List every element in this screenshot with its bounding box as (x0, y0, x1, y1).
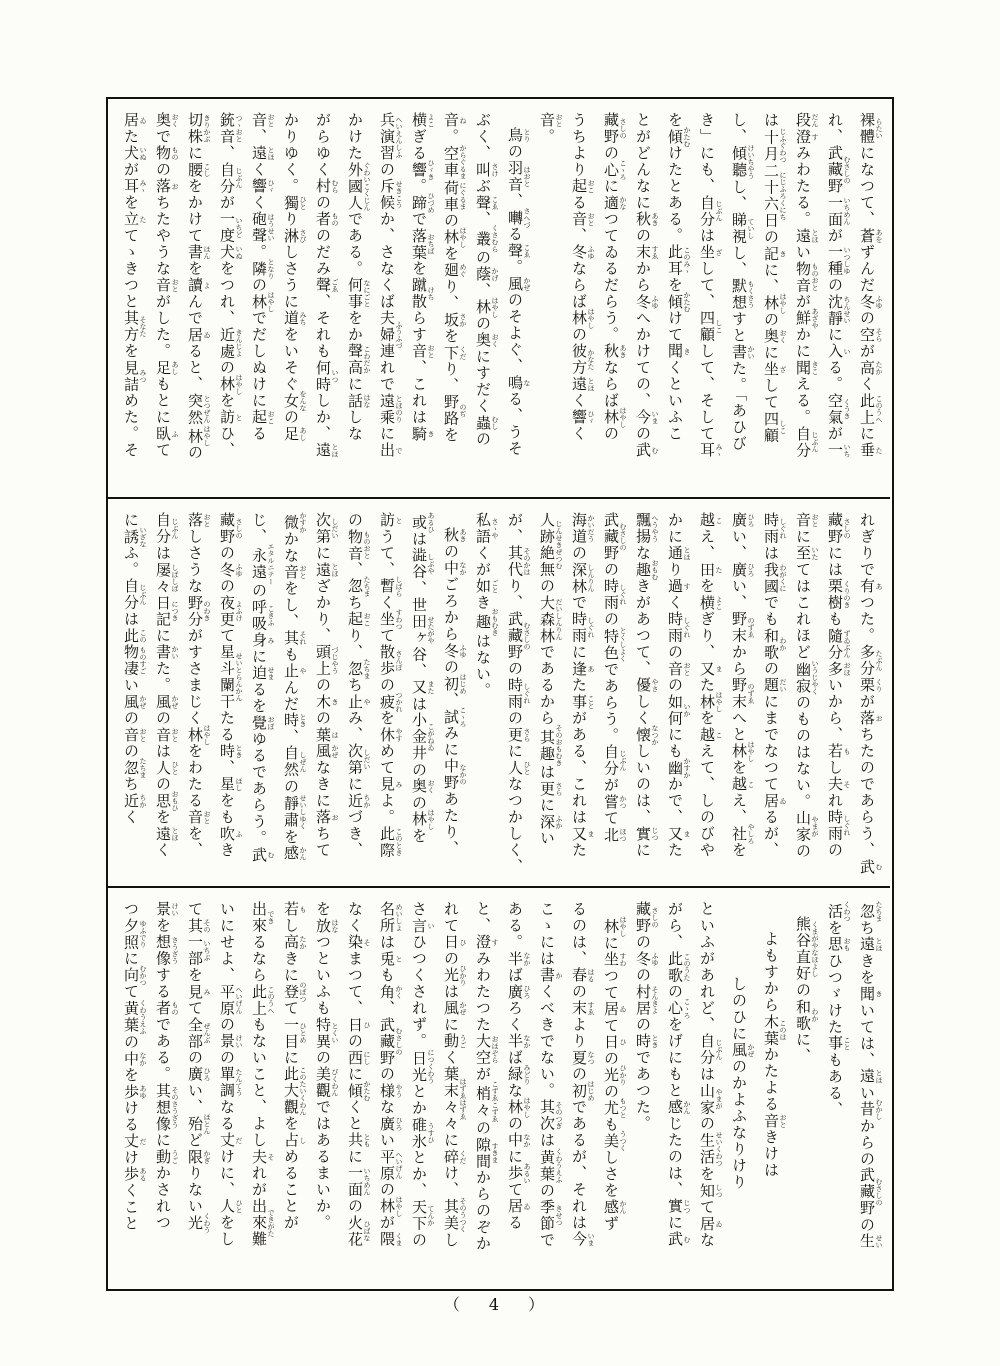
text-column: うちより起おこる音おと、冬ふゆならば林はやしの彼方かなた遠とほく響ひゞく (563, 112, 595, 487)
text-column: 名所めいしよは兎とも角かく、武藏野むさしのの様やうな廣ひろい平原へいげんの林はや… (371, 901, 403, 1276)
text-column: 忽たちまち遠とほきを聞きいては、遠とほい昔むかしからの武藏野むさしのの生せい (851, 901, 883, 1276)
text-column: を放はなつといふも特異とくいの美觀びくわんではあるまいか。 (307, 901, 339, 1276)
text-column: 微かすかかな音おとをし、其それも止やんだ時とき、自然しぜんの靜肅せいしゆくを感か… (275, 512, 307, 876)
text-column: 越こえ、田たを横よこぎり、又また林はやしを越こえて、しのびや (691, 512, 723, 876)
text-column: に誘いざなふ。自分じぶんは此この物凄ものすごい風かぜの音おとの忽たちまち近ちかく (115, 512, 147, 876)
text-column: 鳥とりの羽音はおと、囀さへづる聲こゑ。風かぜのそよぐ、鳴なる、うそ (499, 112, 531, 487)
text-column: 落おとしさうな野分のわきがすさまじく林はやしをわたる音おとを、 (179, 512, 211, 876)
text-column: 奥おくで物ものの落おちたやうな音おとがした。足あしもとに臥ふて (147, 112, 179, 487)
text-column: さ言いひつくされず。日光につくわうとか碓氷うすひとか、天下てんかの (403, 901, 435, 1276)
text-column: かに通とほり過すく時雨しぐれの音おとの如何いかにも幽かすかかで、又また (659, 512, 691, 876)
page-frame: 裸體らたいになつて、蒼あをずんだ冬ふゆの空そらが高たかく此上このうへに垂たれ、武… (106, 97, 894, 1291)
text-column: じ、永遠エタルニテーの呼吸こきふ身みに迫せまるを覺おぼゆるであらう。武む (243, 512, 275, 876)
text-column: し、傾聽けいちやうし、睇視ていしし、默想もくさうすと書かいた。「あひび (723, 112, 755, 487)
text-column: 兵演習へいえんしふの斥候せきこうか、さなくば夫婦連ふうふづれで遠乘とほのりに出で (371, 112, 403, 487)
text-column: かけた外國人ぐわいこくじんである。何事なにごとをか聲高こわだかに話はなしな (339, 112, 371, 487)
text-column: 飄揚へうやうな趣おもむきがあつて、優やさしく懐なつかしいのは、實じつに (627, 512, 659, 876)
text-column: 藏野さしのには栗樹くりのきも隨分ずゐぶん多おほいから、若もし夫それ時雨しぐれの (819, 512, 851, 876)
text-column: 音ね。空車からぐるま荷車にぐるまの林はやしを廻めぐり、坂さかを下くだり、野路のぢ… (435, 112, 467, 487)
text-column: 藏野さしのの心こゝろに適かなつてゐるだらう。秋あきならば林はやしの (595, 112, 627, 487)
text-column: 藏野さしのの冬ふゆの夜更よふけて星斗闌干せいとらんかんたる時とき、星ほしをも吹ふ… (211, 512, 243, 876)
text-column: れぎりで有あつた。多分たぶん栗くりが落おちたのであらう、武む (851, 512, 883, 876)
text-column: 音おと。 (531, 112, 563, 487)
text-column: 出來できるなら此上このうへもないこと、よし夫それが出來難できがた (243, 901, 275, 1276)
text-column: 銃音つゝおと、自分じぶんが一度いちど犬いぬをつれ、近處きんじよの林はやしを訪とひ… (211, 112, 243, 487)
text-column: ぶく、叫さけぶ聲こゑ、叢くさむらの蔭かげ、林はやしの奥おくにすだく蟲むしの (467, 112, 499, 487)
text-column: がら、此歌このうたの心こゝろをげにもと感かんじたのは、實じつに武む (659, 901, 691, 1276)
text-column: き」にも、自分じぶんは坐ざして、四顧しこして、そして耳みゝ (691, 112, 723, 487)
text-column: いにせよ、平原へいげんの景けいの單調たんてうなる丈だけに、人ひとをし (211, 901, 243, 1276)
text-column: 段だん澄すみわたる。遠とほい物音ものおとが鮮あざやかに聞きこえる。自分じぶん (787, 112, 819, 487)
text-column: 熊谷直好くまがやなほよしの和歌わかに、 (787, 901, 819, 1276)
text-column: がらゆく村むらの者もののだみ聲ごゑ、それも何時いつしか、遠とほ (307, 112, 339, 487)
text-column: 時雨しぐれは我國わがくにでも和歌わかの題だいにまでなつて居ゐるが、 (755, 512, 787, 876)
text-column: は十月じふぐわつ二十六日にじふろくにちの記きに、林はやしの奥おくに坐ざして四顧し… (755, 112, 787, 487)
text-column: 人跡絶無じんせきぜつむの大森林だいしんりんであるから其趣そのおもむきは更さらに深… (531, 512, 563, 876)
text-column: と、澄すみわたつた大空おほぞらが梢々こずゑこずゑの隙間すきまからのぞか (467, 901, 499, 1276)
text-column: とがどんなに秋あきの末すゑから冬ふゆへかけての、今いまの武む (627, 112, 659, 487)
text-column: 居ゐた犬いぬが耳みゝを立たてゝきつと其方そなたを見詰みつめた。そ (115, 112, 147, 487)
text-column: 或あるひは澁谷しぶや、世田ヶ谷せたがや、又または小金井こがねゐの奥おくの林はやし… (403, 512, 435, 876)
text-column: よもすから木葉このはかたよる音おときけは (755, 901, 787, 1276)
text-column: 林はやしに坐すわつて居ゐて日ひの光ひかりの尤もつとも美うつくしさを感かんず (595, 901, 627, 1276)
text-column: 私語さゝやくが如ごとき趣おもむきはない。 (467, 512, 499, 876)
text-column: つ夕照ゆふでりに向むかつて黄葉くわうえふの中なかを歩あゆける丈だけ歩あるくこと (115, 901, 147, 1276)
text-column: 活くわつを思おもひつゞけた事こともある、 (819, 901, 851, 1276)
text-column: かりゆく。獨ひとり淋さびしさうに道みちをいそぐ女をんなの足あし (275, 112, 307, 487)
text-column: 裸體らたいになつて、蒼あをずんだ冬ふゆの空そらが高たかく此上このうへに垂た (851, 112, 883, 487)
text-column: 若もし高たかきに登のぼつて一目ひとめに此大觀このたいくわんを占しめることが (275, 901, 307, 1276)
text-column: こゝには書かくべきでない。其次そのつぎは黄葉くわうえふの季節きせつで (531, 901, 563, 1276)
text-column: 次第しだいに遠とほざかり、頭上づじやうの木きの葉は風かぜなきに落おちて (307, 512, 339, 876)
text-column: 秋あきの中なかごろから冬ふゆの初はじめ、試こゝろみに中野なかのあたり、 (435, 512, 467, 876)
page-number: （ 4 ） (0, 1292, 1000, 1315)
text-band-3: 忽たちまち遠とほきを聞きいては、遠とほい昔むかしからの武藏野むさしのの生せい活く… (108, 888, 890, 1286)
text-column: の物音ものおと、忽たちまち起おこり、忽たちまち止やみ、次第しだいに近ちかづき、 (339, 512, 371, 876)
text-column: 藏野さしのの冬ふゆの村居そんきよの時ときであつた。 (627, 901, 659, 1276)
text-band-2: れぎりで有あつた。多分たぶん栗くりが落おちたのであらう、武む藏野さしのには栗樹く… (108, 499, 890, 888)
text-column: れ、武藏野むさしの一面いちめんが一種いつしゆの沈靜ちんせいに入いる。空氣くうきが… (819, 112, 851, 487)
text-column: るのは、春はるの末すゑより夏なつの初はじめであるが、それは今いま (563, 901, 595, 1276)
text-column: 音おと、遠とほく響ひゞく砲聲はうせい。隣となりの林はやしでだしぬけに起おこる (243, 112, 275, 487)
text-column: 武藏野むさしのの時雨しぐれの特色とくしよくであらう。自分じぶんが嘗かつて北ほつ (595, 512, 627, 876)
text-column: 訪とうて、暫しばらく坐すわつて散歩さんぽの疲つかれを休やすめて見みよ。此際このと… (371, 512, 403, 876)
text-column: て其その一部いちぶを見みて全部ぜんぶの廣ひろい、殆ほとんど限かぎりない光くわう (179, 901, 211, 1276)
text-column: 景けいを想像さうざうする者ものである。其想像そのさうざうに動うごかされつ (147, 901, 179, 1276)
text-column: 海道かいだうの深林しんりんで時雨しぐれに逢あた事ことがある、これは又また (563, 512, 595, 876)
text-column: 廣ひろい、廣ひろい、野末のずゑから野末のずゑへと林はやしを越こえ、社やしろを (723, 512, 755, 876)
text-column: が、其代そのかはり、武藏野むさしのの時雨しぐれの更さらに人ひとなつかしく、 (499, 512, 531, 876)
text-column: なく染そまつて、日ひの西にしに傾かたむくと共ともに一面いちめんの火花ひばな (339, 901, 371, 1276)
text-column: 音おとに至いたてはこれほど幽寂いうじやくのものはない。山家やまがの (787, 512, 819, 876)
text-column: 自分じぶんは屡々しばしば日記につきに書かいた。風かぜの音おとは人ひとの思おもひを… (147, 512, 179, 876)
text-column: しのひに風かぜのかよふなりけり (723, 901, 755, 1276)
text-column: 横よこぎる響ひゞき。蹄ひづめで落葉おちばを蹴散けちらす音おと、これは騎き (403, 112, 435, 487)
text-column: 切株きりかぶに腰こしをかけて書ほんを讀よんで居ゐると、突然とつぜん林はやしの (179, 112, 211, 487)
text-column: ある。半なかば廣ひろろく半なかば緑みどりな林はやしの中なかに歩あるいて居ゐる (499, 901, 531, 1276)
text-column: といふがあれど、自分じぶんは山家やまがの生活せいくわつを知しつて居ゐな (691, 901, 723, 1276)
text-column: れて日ひの光ひかりは風かぜに動うごく葉末々々はずゑはずゑに碎くだけ、其美そのうつ… (435, 901, 467, 1276)
text-column: を傾かたむけたとある。此耳このみゝを傾かたむけて聞きくといふこ (659, 112, 691, 487)
text-band-1: 裸體らたいになつて、蒼あをずんだ冬ふゆの空そらが高たかく此上このうへに垂たれ、武… (108, 99, 890, 499)
